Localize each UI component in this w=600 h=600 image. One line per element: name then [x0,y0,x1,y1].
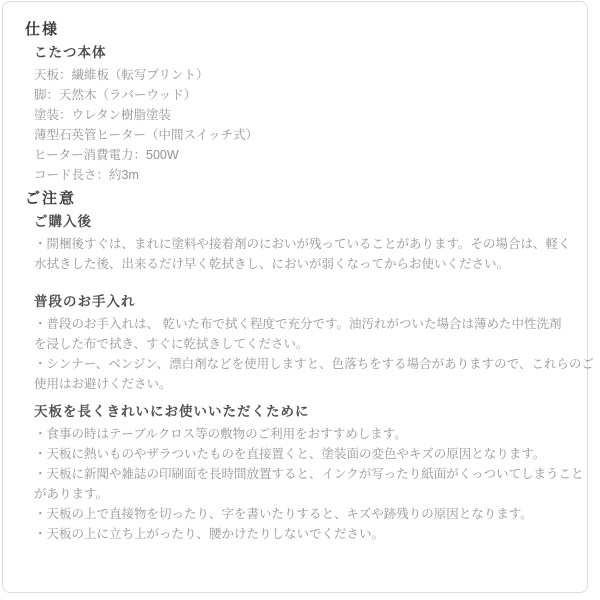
notice-line: ・食事の時はテーブルクロス等の敷物のご利用をおすすめします。 [34,424,569,444]
subsection-daily-care: 普段のお手入れ ・普段のお手入れは、 乾いた布で拭く程度で充分です。油汚れがつい… [34,292,569,394]
spec-line: 塗装：ウレタン樹脂塗装 [34,105,569,125]
notice-line: ・普段のお手入れは、 乾いた布で拭く程度で充分です。油汚れがついた場合は薄めた中… [34,314,569,334]
spec-line: 脚：天然木（ラバーウッド） [34,85,569,105]
notice-line: ・天板に熱いものやザラついたものを直接置くと、塗装面の変色やキズの原因となります… [34,444,569,464]
spec-line: 天板：繊維板（転写プリント） [34,65,569,85]
spec-line: コード長さ：約3m [34,165,569,185]
notice-line: 使用はお避けください。 [34,374,569,394]
spec-line: ヒーター消費電力：500W [34,145,569,165]
notice-line: ・シンナー、ベンジン、漂白剤などを使用しますと、色落ちをする場合がありますので、… [34,354,569,374]
subsection-title-after-purchase: ご購入後 [34,212,569,232]
subsection-title-kotatsu-body: こたつ本体 [34,43,569,63]
subsection-kotatsu-body: こたつ本体 天板：繊維板（転写プリント） 脚：天然木（ラバーウッド） 塗装：ウレ… [34,43,569,185]
section-title-notice: ご注意 [25,189,569,209]
page: 仕様 こたつ本体 天板：繊維板（転写プリント） 脚：天然木（ラバーウッド） 塗装… [0,0,600,600]
notice-line: 水拭きした後、出来るだけ早く乾拭きし、においが弱くなってからお使いください。 [34,254,569,274]
section-notice: ご注意 ご購入後 ・開梱後すぐは、まれに塗料や接着剤のにおいが残っていることがあ… [25,189,569,544]
subsection-title-tabletop-care: 天板を長くきれいにお使いいただくために [34,402,569,422]
section-spec: 仕様 こたつ本体 天板：繊維板（転写プリント） 脚：天然木（ラバーウッド） 塗装… [25,20,569,185]
notice-line: ・天板の上に立ち上がったり、腰かけたりしないでください。 [34,524,569,544]
section-title-spec: 仕様 [25,20,569,40]
notice-line: ・天板に新聞や雑誌の印刷面を長時間放置すると、インクが写ったり紙面がくっついてし… [34,464,569,484]
notice-line: ・天板の上で直接物を切ったり、字を書いたりすると、キズや跡残りの原因となります。 [34,504,569,524]
spec-line: 薄型石英管ヒーター（中間スイッチ式） [34,125,569,145]
notice-line: があります。 [34,484,569,504]
subsection-tabletop-care: 天板を長くきれいにお使いいただくために ・食事の時はテーブルクロス等の敷物のご利… [34,402,569,544]
subsection-after-purchase: ご購入後 ・開梱後すぐは、まれに塗料や接着剤のにおいが残っていることがあります。… [34,212,569,274]
subsection-title-daily-care: 普段のお手入れ [34,292,569,312]
spec-notice-card: 仕様 こたつ本体 天板：繊維板（転写プリント） 脚：天然木（ラバーウッド） 塗装… [2,1,588,593]
notice-line: を浸した布で拭き、すぐに乾拭きしてください。 [34,334,569,354]
notice-line: ・開梱後すぐは、まれに塗料や接着剤のにおいが残っていることがあります。その場合は… [34,234,569,254]
